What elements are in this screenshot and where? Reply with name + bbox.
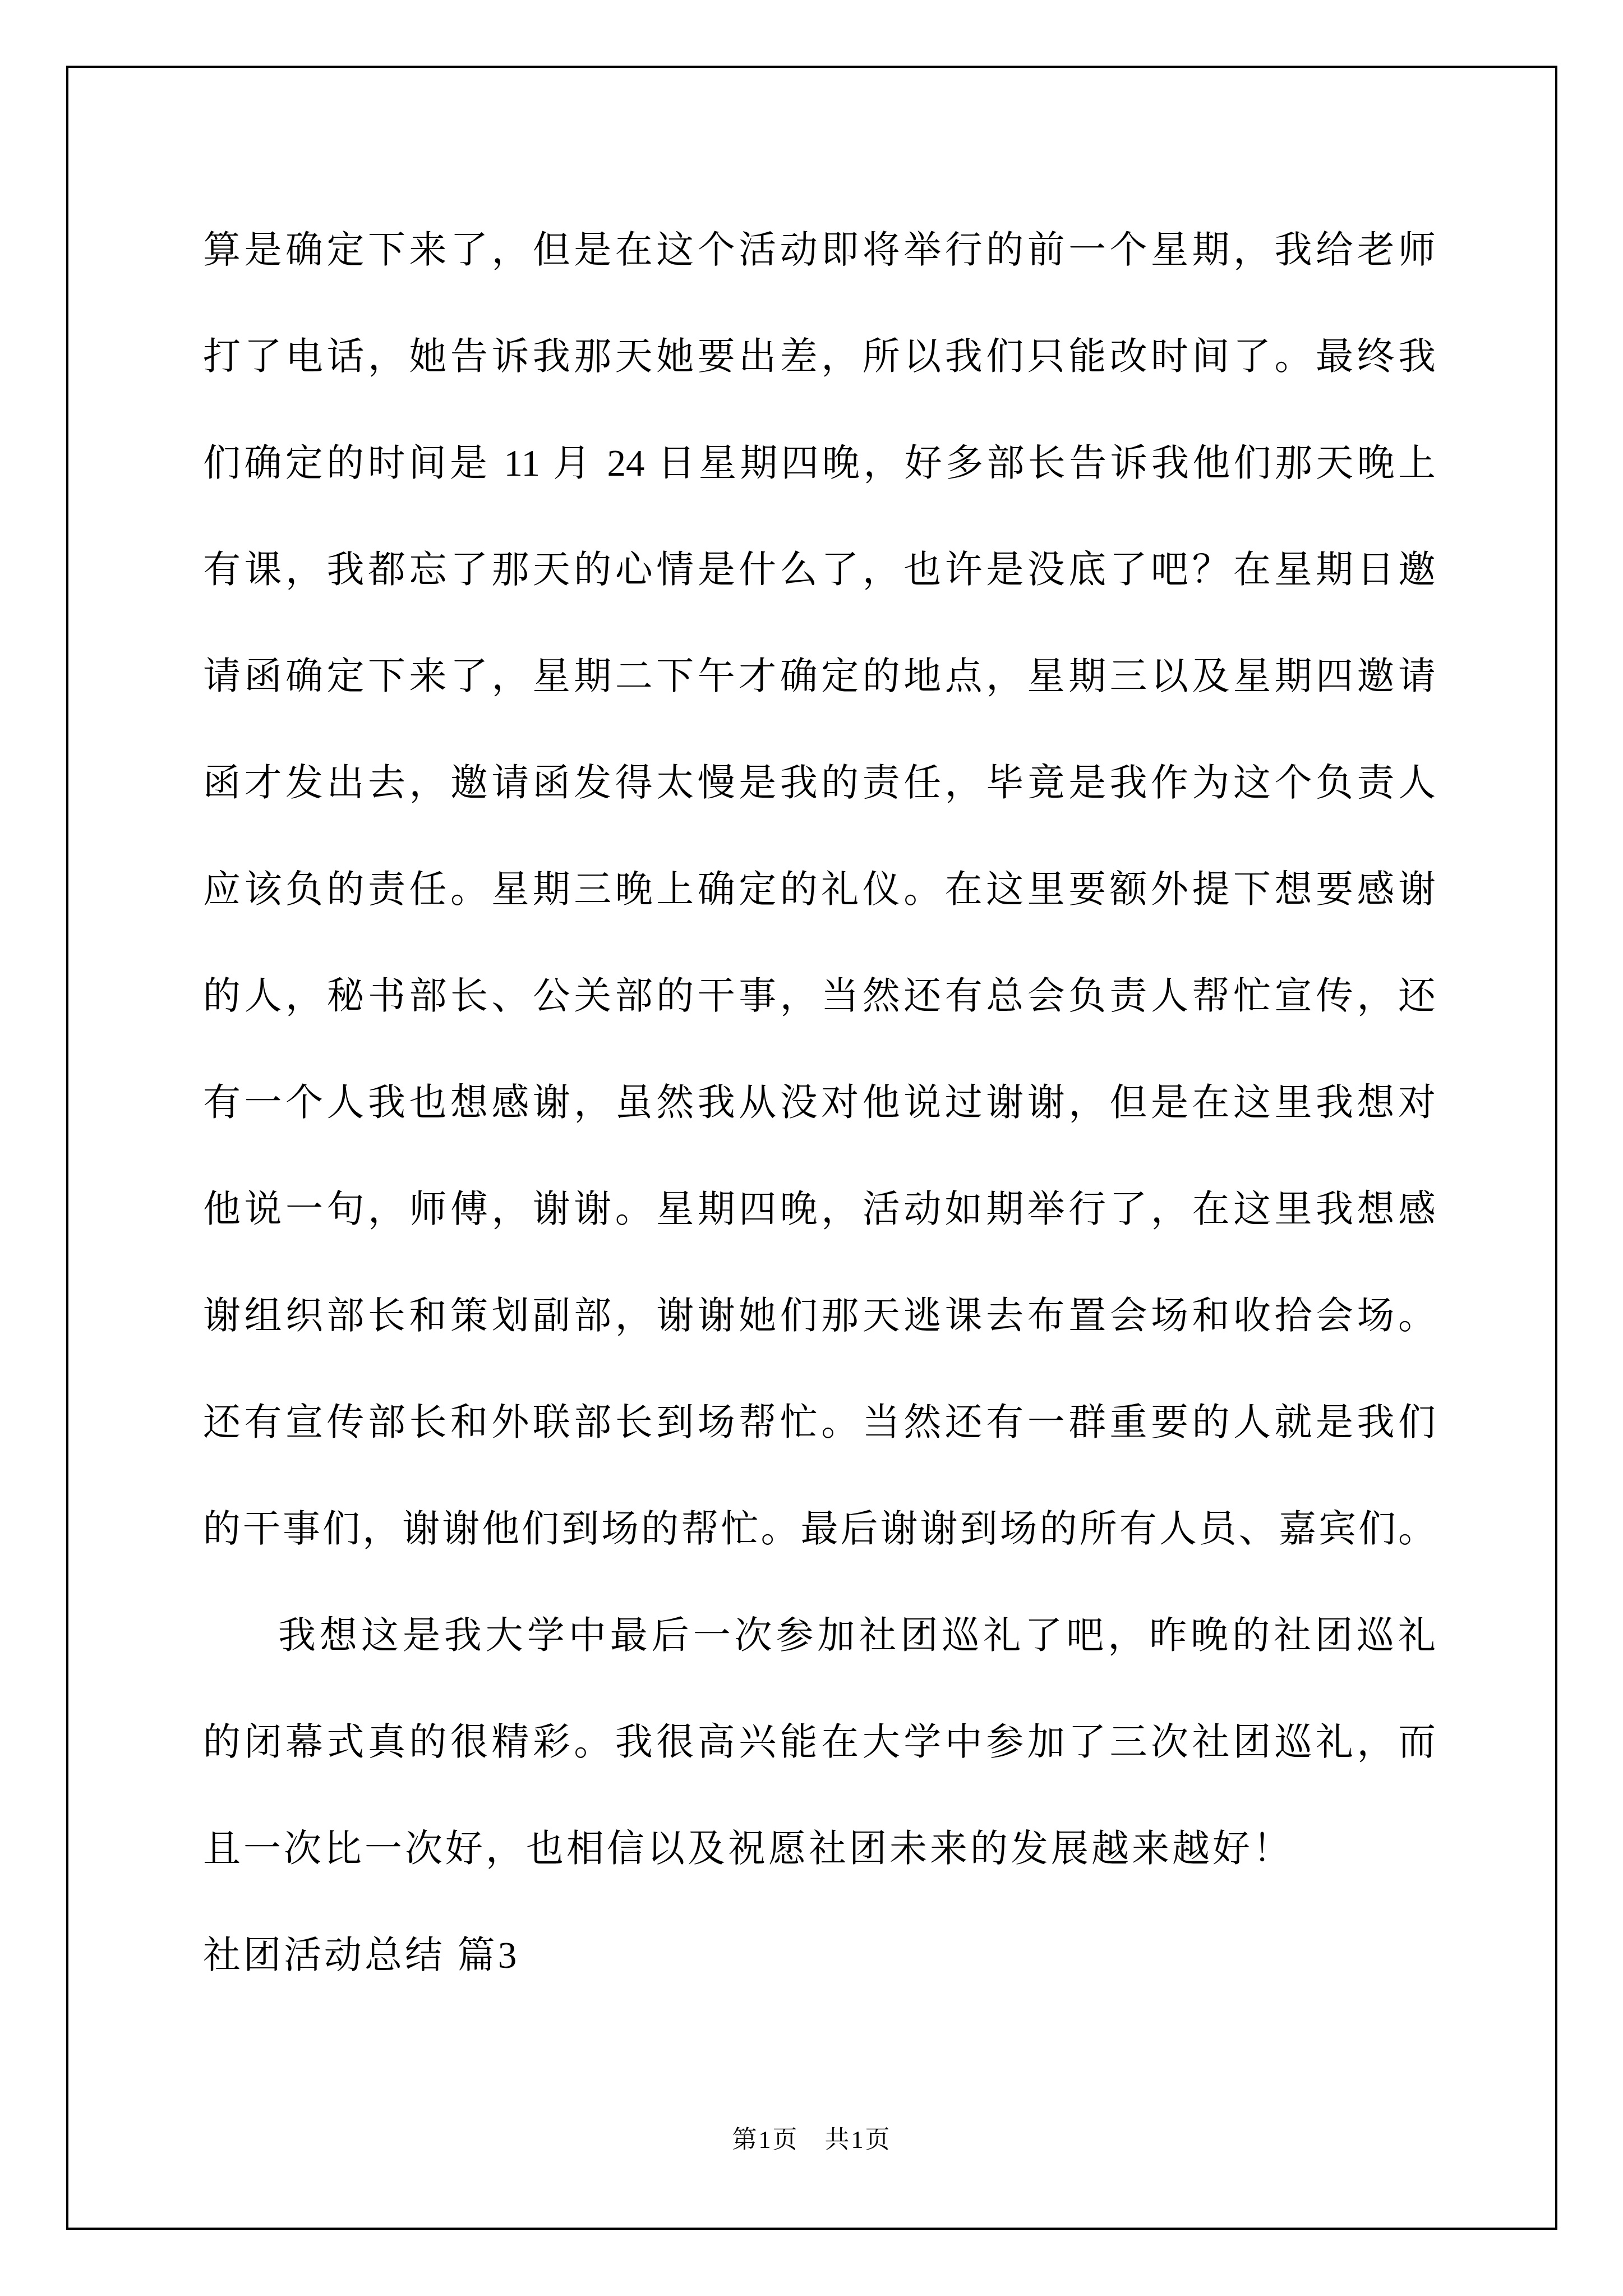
document-body: 算是确定下来了，但是在这个活动即将举行的前一个星期，我给老师 打了电话，她告诉我…: [203, 197, 1436, 2009]
body-text-line: 还有宣传部长和外联部长到场帮忙。当然还有一群重要的人就是我们: [203, 1369, 1436, 1476]
body-text-line: 有一个人我也想感谢，虽然我从没对他说过谢谢，但是在这里我想对: [203, 1050, 1436, 1156]
body-text-line: 的人，秘书部长、公关部的干事，当然还有总会负责人帮忙宣传，还: [203, 943, 1436, 1050]
page-footer: 第1页共1页: [66, 2119, 1557, 2155]
body-text-line: 谢组织部长和策划副部，谢谢她们那天逃课去布置会场和收拾会场。: [203, 1263, 1436, 1369]
body-text-line: 且一次比一次好，也相信以及祝愿社团未来的发展越来越好！: [203, 1796, 1436, 1902]
body-text-line: 他说一句，师傅，谢谢。星期四晚，活动如期举行了，在这里我想感: [203, 1156, 1436, 1263]
document-page: { "page": { "background_color": "#ffffff…: [0, 0, 1623, 2296]
body-text-line: 的闭幕式真的很精彩。我很高兴能在大学中参加了三次社团巡礼，而: [203, 1689, 1436, 1796]
body-text-line: 打了电话，她告诉我那天她要出差，所以我们只能改时间了。最终我: [203, 303, 1436, 410]
body-text-line: 有课，我都忘了那天的心情是什么了，也许是没底了吧？在星期日邀: [203, 517, 1436, 623]
body-text-line: 的干事们，谢谢他们到场的帮忙。最后谢谢到场的所有人员、嘉宾们。: [203, 1476, 1436, 1582]
body-text-line: 算是确定下来了，但是在这个活动即将举行的前一个星期，我给老师: [203, 197, 1436, 303]
body-text-line: 函才发出去，邀请函发得太慢是我的责任，毕竟是我作为这个负责人: [203, 730, 1436, 836]
body-text-line: 我想这是我大学中最后一次参加社团巡礼了吧，昨晚的社团巡礼: [203, 1582, 1436, 1689]
body-text-line: 请函确定下来了，星期二下午才确定的地点，星期三以及星期四邀请: [203, 623, 1436, 730]
page-total: 共1页: [825, 2126, 892, 2154]
page-number: 第1页: [732, 2126, 799, 2154]
section-heading: 社团活动总结 篇3: [203, 1902, 1436, 2009]
body-text-line: 应该负的责任。星期三晚上确定的礼仪。在这里要额外提下想要感谢: [203, 836, 1436, 943]
body-text-line: 们确定的时间是 11 月 24 日星期四晚，好多部长告诉我他们那天晚上: [203, 410, 1436, 517]
